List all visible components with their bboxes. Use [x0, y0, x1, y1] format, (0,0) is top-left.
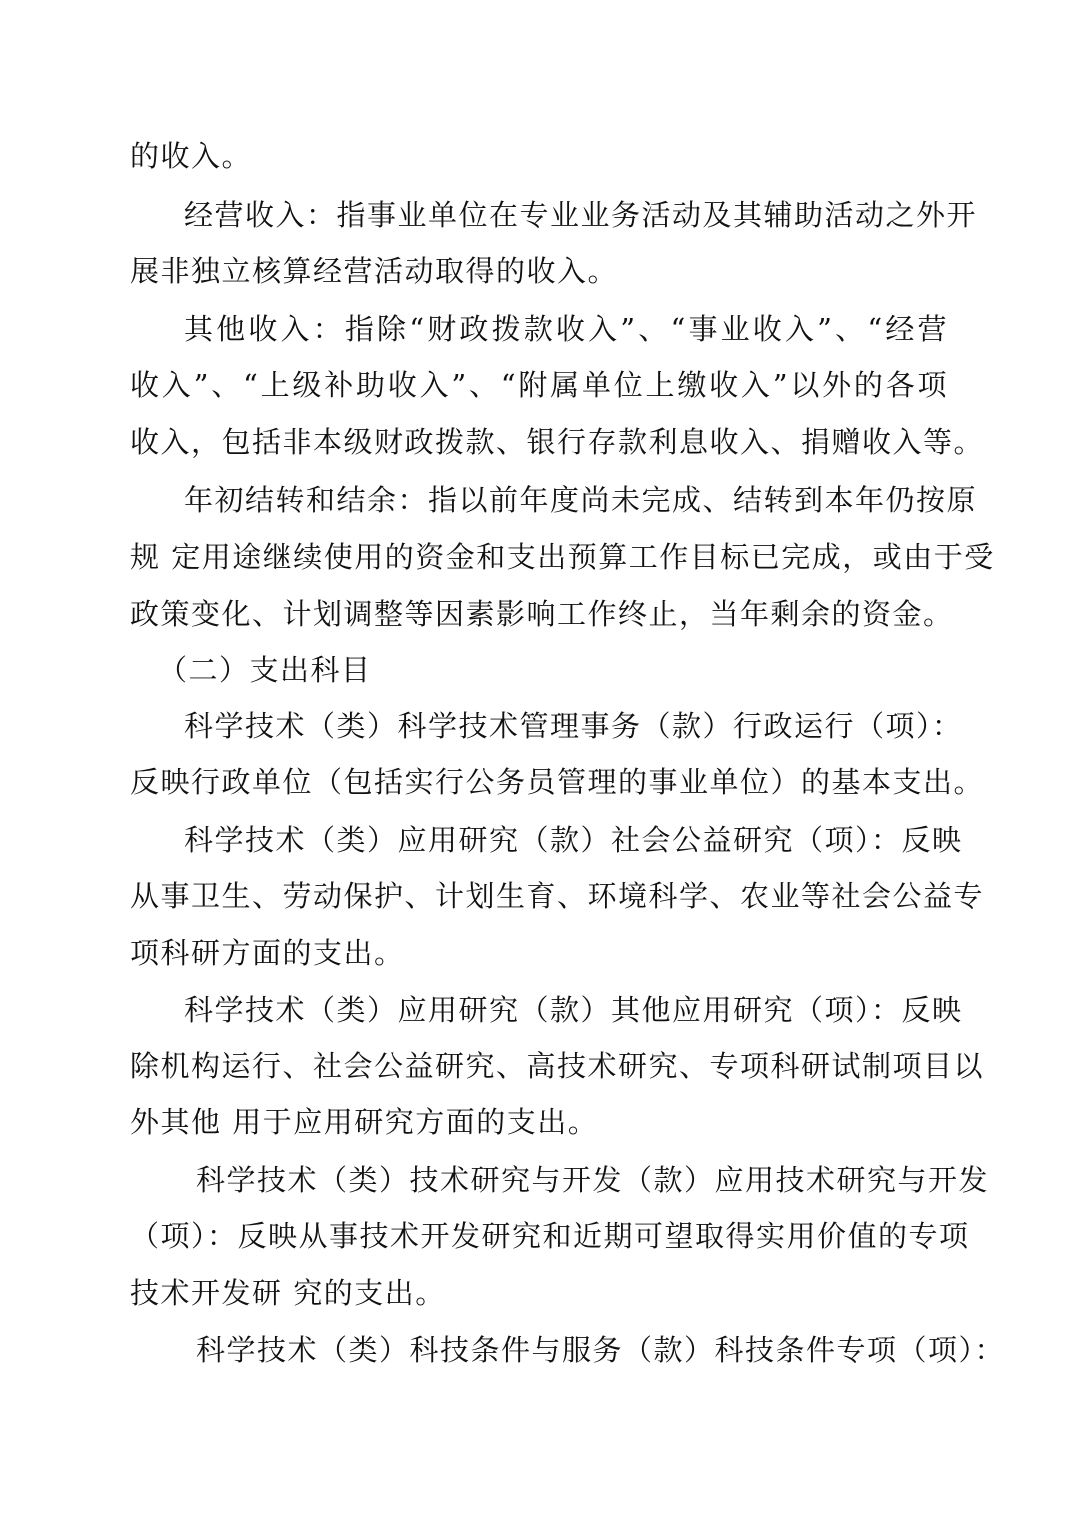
document-page: 的收入。 经营收入：指事业单位在专业业务活动及其辅助活动之外开 展非独立核算经营…: [0, 0, 1074, 1520]
paragraph-line: 科学技术（类）科技条件与服务（款）科技条件专项（项）：: [196, 1332, 948, 1368]
paragraph-line: 科学技术（类）技术研究与开发（款）应用技术研究与开发: [196, 1162, 948, 1198]
paragraph-line: 技术开发研 究的支出。: [130, 1275, 948, 1311]
paragraph-line: 项科研方面的支出。: [130, 935, 948, 971]
paragraph-line: 从事卫生、劳动保护、计划生育、环境科学、农业等社会公益专: [130, 878, 948, 914]
section-heading: （二）支出科目: [158, 652, 976, 688]
paragraph-line: 外其他 用于应用研究方面的支出。: [130, 1104, 948, 1140]
paragraph-line: 政策变化、计划调整等因素影响工作终止，当年剩余的资金。: [130, 596, 948, 632]
paragraph-line: 展非独立核算经营活动取得的收入。: [130, 253, 948, 289]
paragraph-line: 经营收入：指事业单位在专业业务活动及其辅助活动之外开: [184, 197, 948, 233]
paragraph-line: 收入，包括非本级财政拨款、银行存款利息收入、捐赠收入等。: [130, 424, 948, 460]
paragraph-line: 科学技术（类）科学技术管理事务（款）行政运行（项）：: [184, 708, 948, 744]
paragraph-line: 科学技术（类）应用研究（款）社会公益研究（项）：反映: [184, 822, 948, 858]
paragraph-line: 年初结转和结余：指以前年度尚未完成、结转到本年仍按原: [184, 482, 948, 518]
paragraph-line: 规 定用途继续使用的资金和支出预算工作目标已完成，或由于受: [130, 539, 948, 575]
paragraph-line: 的收入。: [130, 138, 948, 174]
paragraph-line: 其他收入：指除“财政拨款收入”、“事业收入”、“经营: [184, 311, 948, 347]
paragraph-line: （项）：反映从事技术开发研究和近期可望取得实用价值的专项: [130, 1218, 948, 1254]
paragraph-line: 反映行政单位（包括实行公务员管理的事业单位）的基本支出。: [130, 764, 948, 800]
paragraph-line: 收入”、“上级补助收入”、“附属单位上缴收入”以外的各项: [130, 367, 948, 403]
paragraph-line: 除机构运行、社会公益研究、高技术研究、专项科研试制项目以: [130, 1048, 948, 1084]
paragraph-line: 科学技术（类）应用研究（款）其他应用研究（项）：反映: [184, 992, 948, 1028]
